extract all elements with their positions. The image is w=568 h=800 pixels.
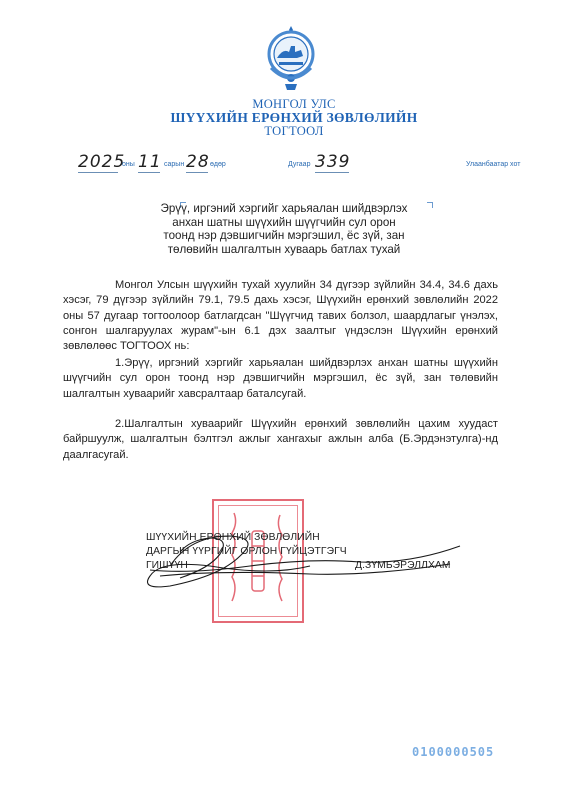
resolution-item-2: 2.Шалгалтын хуваарийг Шүүхийн ерөнхий зө…: [63, 417, 498, 463]
day-label: өдөр: [210, 161, 226, 168]
preamble-text: Монгол Улсын шүүхийн тухай хуулийн 34 дү…: [63, 278, 498, 354]
document-number: 339: [315, 152, 349, 173]
month-handwritten: 11: [138, 152, 160, 173]
title-line: анхан шатны шүүхийн шүүгчийн сул орон: [0, 216, 568, 230]
state-emblem-icon: [263, 24, 319, 94]
title-line: тоонд нэр дэвшигчийн мэргэшил, ёс зүй, з…: [0, 229, 568, 243]
item-text: 1.Эрүү, иргэний хэргийг харьяалан шийдвэ…: [63, 356, 498, 402]
city-label: Улаанбаатар хот: [466, 161, 520, 168]
day-handwritten: 28: [186, 152, 208, 173]
year-handwritten: 2025: [78, 152, 118, 173]
year-label: оны: [122, 161, 135, 168]
title-line: төлөвийн шалгалтын хуваарь батлах тухай: [0, 243, 568, 257]
number-label: Дугаар: [288, 161, 310, 168]
month-label: сарын: [164, 161, 184, 168]
document-type: ТОГТООЛ: [10, 124, 568, 139]
title-line: Эрүү, иргэний хэргийг харьяалан шийдвэрл…: [0, 202, 568, 216]
serial-number-stamp: 0100000505: [412, 745, 494, 759]
resolution-item-1: 1.Эрүү, иргэний хэргийг харьяалан шийдвэ…: [63, 356, 498, 402]
document-title: Эрүү, иргэний хэргийг харьяалан шийдвэрл…: [0, 202, 568, 256]
item-text: 2.Шалгалтын хуваарийг Шүүхийн ерөнхий зө…: [63, 417, 498, 463]
handwritten-signature-icon: [140, 522, 470, 602]
preamble-paragraph: Монгол Улсын шүүхийн тухай хуулийн 34 дү…: [63, 278, 498, 354]
